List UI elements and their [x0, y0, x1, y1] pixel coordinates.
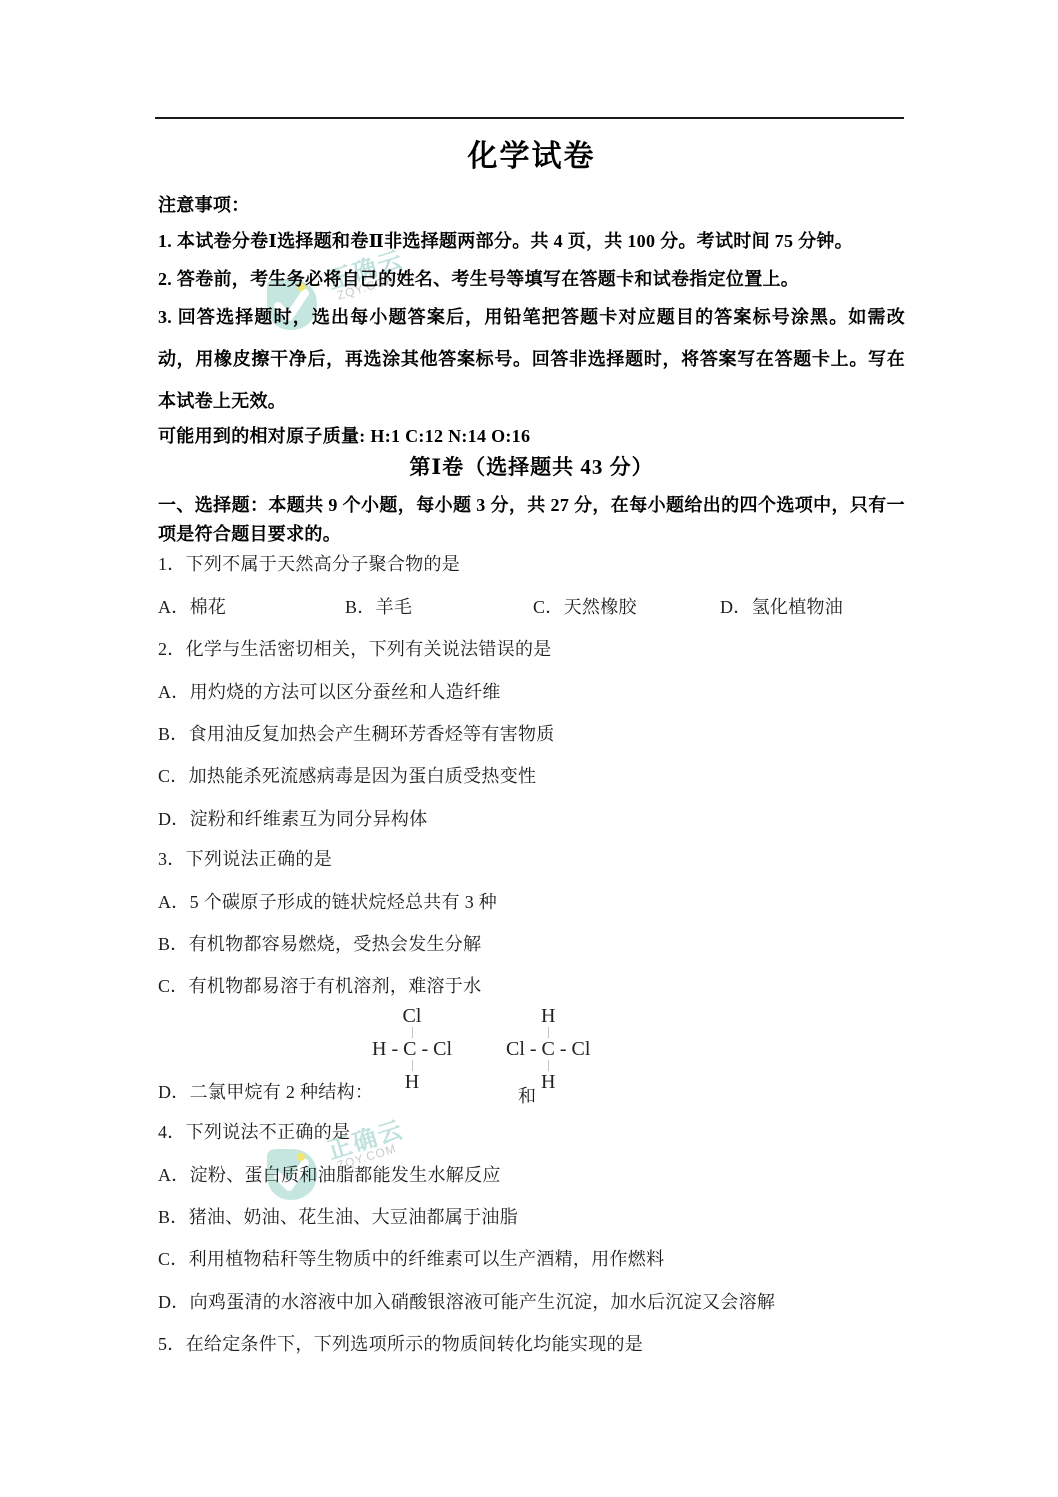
vertical-bond: [548, 1060, 549, 1071]
atom-bottom: H: [405, 1072, 419, 1092]
question-3-stem: 3．下列说法正确的是: [158, 847, 905, 871]
q2-option-c: C．加热能杀死流感病毒是因为蛋白质受热变性: [158, 764, 905, 788]
notice-item-3: 3. 回答选择题时，选出每小题答案后，用铅笔把答题卡对应题目的答案标号涂黑。如需…: [158, 296, 905, 422]
q3-option-d-structures: D．二氯甲烷有 2 种结构： Cl H - C - Cl H 和 H Cl - …: [158, 1006, 905, 1102]
vertical-bond: [412, 1060, 413, 1071]
q2-option-b: B．食用油反复加热会产生稠环芳香烃等有害物质: [158, 722, 905, 746]
vertical-bond: [412, 1027, 413, 1038]
page-title: 化学试卷: [158, 131, 905, 175]
q1-option-a: A．棉花: [158, 595, 345, 619]
q3-option-d-label: D．二氯甲烷有 2 种结构：: [158, 1078, 373, 1104]
q3-option-c: C．有机物都易溶于有机溶剂，难溶于水: [158, 974, 905, 998]
q4-option-a: A．淀粉、蛋白质和油脂都能发生水解反应: [158, 1163, 905, 1187]
q1-option-d: D．氢化植物油: [720, 595, 843, 619]
section1-title: 第Ⅰ卷（选择题共 43 分）: [158, 451, 905, 481]
q4-option-c: C．利用植物秸秆等生物质中的纤维素可以生产酒精，用作燃料: [158, 1247, 905, 1271]
question-1-options: A．棉花 B．羊毛 C．天然橡胶 D．氢化植物油: [158, 595, 905, 619]
question-2-stem: 2．化学与生活密切相关，下列有关说法错误的是: [158, 637, 905, 661]
atom-row: Cl - C - Cl: [506, 1039, 590, 1059]
notice-item-1: 1. 本试卷分卷Ⅰ选择题和卷Ⅱ非选择题两部分。共 4 页，共 100 分。考试时…: [158, 229, 905, 253]
structural-formula-1: Cl H - C - Cl H: [372, 1006, 452, 1092]
atom-top: Cl: [403, 1006, 422, 1026]
q3-option-b: B．有机物都容易燃烧，受热会发生分解: [158, 932, 905, 956]
q1-option-c: C．天然橡胶: [533, 595, 720, 619]
question-1-stem: 1．下列不属于天然高分子聚合物的是: [158, 552, 905, 576]
section1-intro: 一、选择题：本题共 9 个小题，每小题 3 分，共 27 分，在每小题给出的四个…: [158, 491, 905, 549]
q4-option-d: D．向鸡蛋清的水溶液中加入硝酸银溶液可能产生沉淀，加水后沉淀又会溶解: [158, 1290, 905, 1314]
exam-paper-page: 正确云 ZQY.COM 正确云 ZQY.COM 化学试卷 注意事项： 1. 本试…: [0, 0, 1058, 1497]
atom-bottom: H: [541, 1072, 555, 1092]
atom-top: H: [541, 1006, 555, 1026]
q4-option-b: B．猪油、奶油、花生油、大豆油都属于油脂: [158, 1205, 905, 1229]
q1-option-b: B．羊毛: [345, 595, 533, 619]
q2-option-d: D．淀粉和纤维素互为同分异构体: [158, 807, 905, 831]
question-4-stem: 4．下列说法不正确的是: [158, 1120, 905, 1144]
atom-row: H - C - Cl: [372, 1039, 452, 1059]
header-divider: [155, 117, 904, 119]
question-5-stem: 5．在给定条件下，下列选项所示的物质间转化均能实现的是: [158, 1332, 905, 1356]
q3-option-a: A．5 个碳原子形成的链状烷烃总共有 3 种: [158, 890, 905, 914]
vertical-bond: [548, 1027, 549, 1038]
structural-formula-2: H Cl - C - Cl H: [506, 1006, 590, 1092]
atomic-mass-line: 可能用到的相对原子质量: H:1 C:12 N:14 O:16: [158, 424, 905, 448]
notice-heading: 注意事项：: [158, 193, 905, 217]
notice-item-2: 2. 答卷前，考生务必将自己的姓名、考生号等填写在答题卡和试卷指定位置上。: [158, 267, 905, 291]
q2-option-a: A．用灼烧的方法可以区分蚕丝和人造纤维: [158, 680, 905, 704]
